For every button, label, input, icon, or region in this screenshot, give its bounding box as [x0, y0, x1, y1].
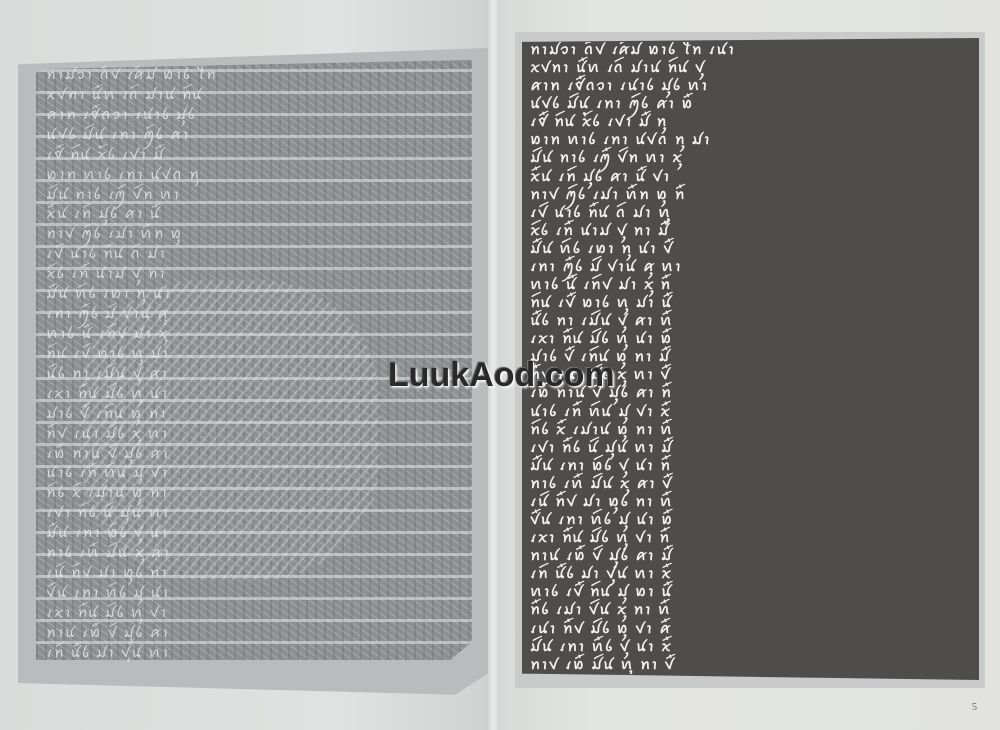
inscription-line: ꪣꪷꪙ ꪀꪱꪉ ꪹꪑꪸ ꪚꪷꪀ ꪕꪱ ꪎꪴ: [530, 150, 976, 167]
inscription-line: ꪹꪚꪱ ꪀꪸꪉ ꪙꪷ ꪣꪴꪙ ꪕꪱ ꪣꪸ: [530, 440, 976, 457]
inscription-line: ꪹꪥꪸ ꪀꪷꪙ ꪎꪳꪉ ꪹꪚꪱ ꪣꪸ: [46, 146, 466, 164]
inscription-line: ꪁꪱꪀ ꪹꪥꪸꪒꪫꪱ ꪹꪙꪱꪉ ꪣꪴꪉ ꪕꪱ: [530, 78, 976, 95]
inscription-line: ꪀꪱꪚ ꪑꪷꪉ ꪹꪣꪱ ꪕꪸꪀ ꪭꪴ ꪀꪸ: [530, 187, 976, 204]
inscription-line: ꪹꪙꪱ ꪀꪸꪚ ꪣꪷꪉ ꪭꪴ ꪚꪱ ꪁꪸ: [530, 621, 976, 638]
inscription-line: ꪎꪚꪀꪱ ꪙꪸꪕ ꪹꪒꪷ ꪣꪱꪙ ꪀꪷꪙ ꪚꪴ: [530, 60, 976, 77]
inscription-line: ꪀꪸꪉ ꪹꪣꪱ ꪚꪷꪙ ꪎꪴ ꪀꪱ ꪕꪸ: [530, 602, 976, 619]
inscription-line: ꪚꪸꪙ ꪹꪀꪱ ꪕꪷꪉ ꪣꪴ ꪙꪱ: [46, 584, 466, 602]
inscription-line: ꪀꪷꪉ ꪎꪸ ꪹꪣꪱꪙ ꪭꪴ ꪀꪱ ꪕꪸ: [530, 422, 976, 439]
inscription-line: ꪀꪱꪙ ꪹꪭꪸ ꪚꪷ ꪣꪴꪉ ꪁꪱ ꪣꪸ: [530, 548, 976, 565]
watermark: LuukAod.com: [388, 356, 615, 395]
inscription-line: ꪙꪸꪉ ꪀꪱ ꪹꪣꪷꪙ ꪚꪴ ꪁꪱ ꪕꪸ: [530, 313, 976, 330]
inscription-line: ꪹꪚꪷ ꪙꪱꪉ ꪀꪸꪙ ꪒꪷ ꪣꪱ ꪕꪴ: [530, 205, 976, 222]
inscription-line: ꪕꪱꪉ ꪹꪚꪸ ꪀꪷꪙ ꪣꪴ ꪭꪱ ꪙꪸ: [530, 584, 976, 601]
inscription-line: ꪹꪥꪸ ꪀꪷꪙ ꪎꪳꪉ ꪹꪚꪱ ꪣꪸ ꪀꪴ: [530, 114, 976, 131]
inscription-line: ꪹꪀꪷ ꪙꪸꪉ ꪣꪱ ꪚꪴꪙ ꪕꪱ: [46, 644, 466, 662]
scratch-marks: [80, 280, 380, 580]
inscription-line: ꪹꪎꪱ ꪀꪸꪙ ꪣꪷꪉ ꪕꪴ ꪚꪱ: [46, 604, 466, 622]
inscription-line: ꪣꪸꪙ ꪹꪀꪱ ꪭꪷꪉ ꪚꪴ ꪙꪱ ꪀꪸ: [530, 458, 976, 475]
inscription-line: ꪹꪀꪷ ꪙꪸꪉ ꪣꪱ ꪚꪴꪙ ꪕꪱ ꪎꪸ: [530, 566, 976, 583]
inscription-line: ꪹꪎꪱ ꪀꪸꪙ ꪣꪷꪉ ꪕꪴ ꪚꪱ ꪀꪸ: [530, 530, 976, 547]
inscription-line: ꪹꪀꪱ ꪑꪸꪉ ꪣꪷ ꪚꪱꪙ ꪁꪴ ꪕꪱ: [530, 259, 976, 276]
inscription-line: ꪀꪷꪙ ꪹꪚꪸ ꪭꪱꪉ ꪕꪴ ꪣꪱ ꪙꪸ: [530, 295, 976, 312]
inscription-line: ꪀꪱꪣꪫꪱ ꪒꪸꪚ ꪹꪁꪷꪣ ꪭꪱꪉ ꪻꪀ ꪹꪙꪱ: [530, 42, 976, 59]
inscription-line: ꪙꪱꪉ ꪹꪀꪸ ꪕꪷꪙ ꪣꪴ ꪚꪱ ꪎꪸ: [530, 404, 976, 421]
inscription-line: ꪎꪸꪙ ꪹꪀꪷ ꪣꪴꪉ ꪁꪱ ꪙꪸ ꪚꪱ: [530, 169, 976, 186]
inscription-line: ꪎꪚꪀꪱ ꪙꪸꪕ ꪹꪒꪷ ꪣꪱꪙ ꪀꪷꪙ: [46, 86, 466, 104]
inscription-line: ꪣꪷꪙ ꪹꪀꪱ ꪕꪸꪉ ꪚꪴ ꪙꪱ ꪎꪸ: [530, 639, 976, 656]
book-spread: ꪀꪱꪣꪫꪱ ꪒꪸꪚ ꪹꪁꪷꪣ ꪭꪱꪉ ꪻꪀꪎꪚꪀꪱ ꪙꪸꪕ ꪹꪒꪷ ꪣꪱꪙ ꪀꪷ…: [0, 0, 1000, 730]
inscription-line: ꪣꪸꪙ ꪕꪷꪉ ꪹꪭꪱ ꪀꪴ ꪙꪱ ꪚꪸ: [530, 241, 976, 258]
inscription-line: ꪭꪱꪀ ꪕꪱꪉ ꪹꪀꪱ ꪙꪚꪒ ꪀꪴ ꪣꪱ: [530, 132, 976, 149]
inscription-line: ꪀꪱꪚ ꪹꪭꪸ ꪣꪷꪙ ꪕꪴ ꪀꪱ ꪚꪸ: [530, 657, 976, 674]
inscription-line: ꪙꪚꪉ ꪣꪷꪙ ꪹꪀꪱ ꪑꪷꪉ ꪁꪱ: [46, 126, 466, 144]
inscription-line: ꪚꪸꪙ ꪹꪀꪱ ꪕꪷꪉ ꪣꪴ ꪙꪱ ꪭꪸ: [530, 512, 976, 529]
inscription-line: ꪀꪱꪚ ꪑꪷꪉ ꪹꪣꪱ ꪕꪸꪀ ꪭꪴ: [46, 225, 466, 243]
inscription-line: ꪀꪱꪣꪫꪱ ꪒꪸꪚ ꪹꪁꪷꪣ ꪭꪱꪉ ꪻꪀ: [46, 66, 466, 84]
page-number: 5: [972, 702, 977, 713]
inscription-line: ꪹꪎꪱ ꪀꪸꪙ ꪣꪷꪉ ꪕꪴ ꪙꪱ ꪭꪸ: [530, 331, 976, 348]
inscription-line: ꪣꪷꪙ ꪀꪱꪉ ꪹꪑꪸ ꪚꪷꪀ ꪕꪱ: [46, 186, 466, 204]
inscription-line: ꪹꪚꪷ ꪙꪱꪉ ꪀꪸꪙ ꪒꪷ ꪣꪱ: [46, 245, 466, 263]
inscription-line: ꪁꪱꪀ ꪹꪥꪸꪒꪫꪱ ꪹꪙꪱꪉ ꪣꪴꪉ: [46, 106, 466, 124]
inscription-line: ꪀꪱꪙ ꪹꪭꪸ ꪚꪷ ꪣꪴꪉ ꪁꪱ: [46, 624, 466, 642]
inscription-line: ꪭꪱꪀ ꪕꪱꪉ ꪹꪀꪱ ꪙꪚꪒ ꪀꪴ: [46, 166, 466, 184]
inscription-line: ꪹꪙꪷ ꪀꪸꪚ ꪣꪱ ꪭꪴꪉ ꪀꪱ ꪕꪸ: [530, 494, 976, 511]
inscription-line: ꪙꪚꪉ ꪣꪷꪙ ꪹꪀꪱ ꪑꪷꪉ ꪁꪱ ꪭꪸ: [530, 96, 976, 113]
inscription-line: ꪀꪱꪉ ꪹꪕꪸ ꪣꪷꪙ ꪎꪴ ꪁꪱ ꪚꪸ: [530, 476, 976, 493]
inscription-line: ꪕꪱꪉ ꪙꪸ ꪹꪀꪷꪚ ꪣꪱ ꪎꪴ ꪀꪸ: [530, 277, 976, 294]
inscription-line: ꪎꪸꪙ ꪹꪀꪷ ꪣꪴꪉ ꪁꪱ ꪙꪸ: [46, 205, 466, 223]
inscription-line: ꪎꪷꪉ ꪹꪀꪸ ꪙꪱꪣ ꪚꪴ ꪀꪱ ꪣꪸ: [530, 223, 976, 240]
